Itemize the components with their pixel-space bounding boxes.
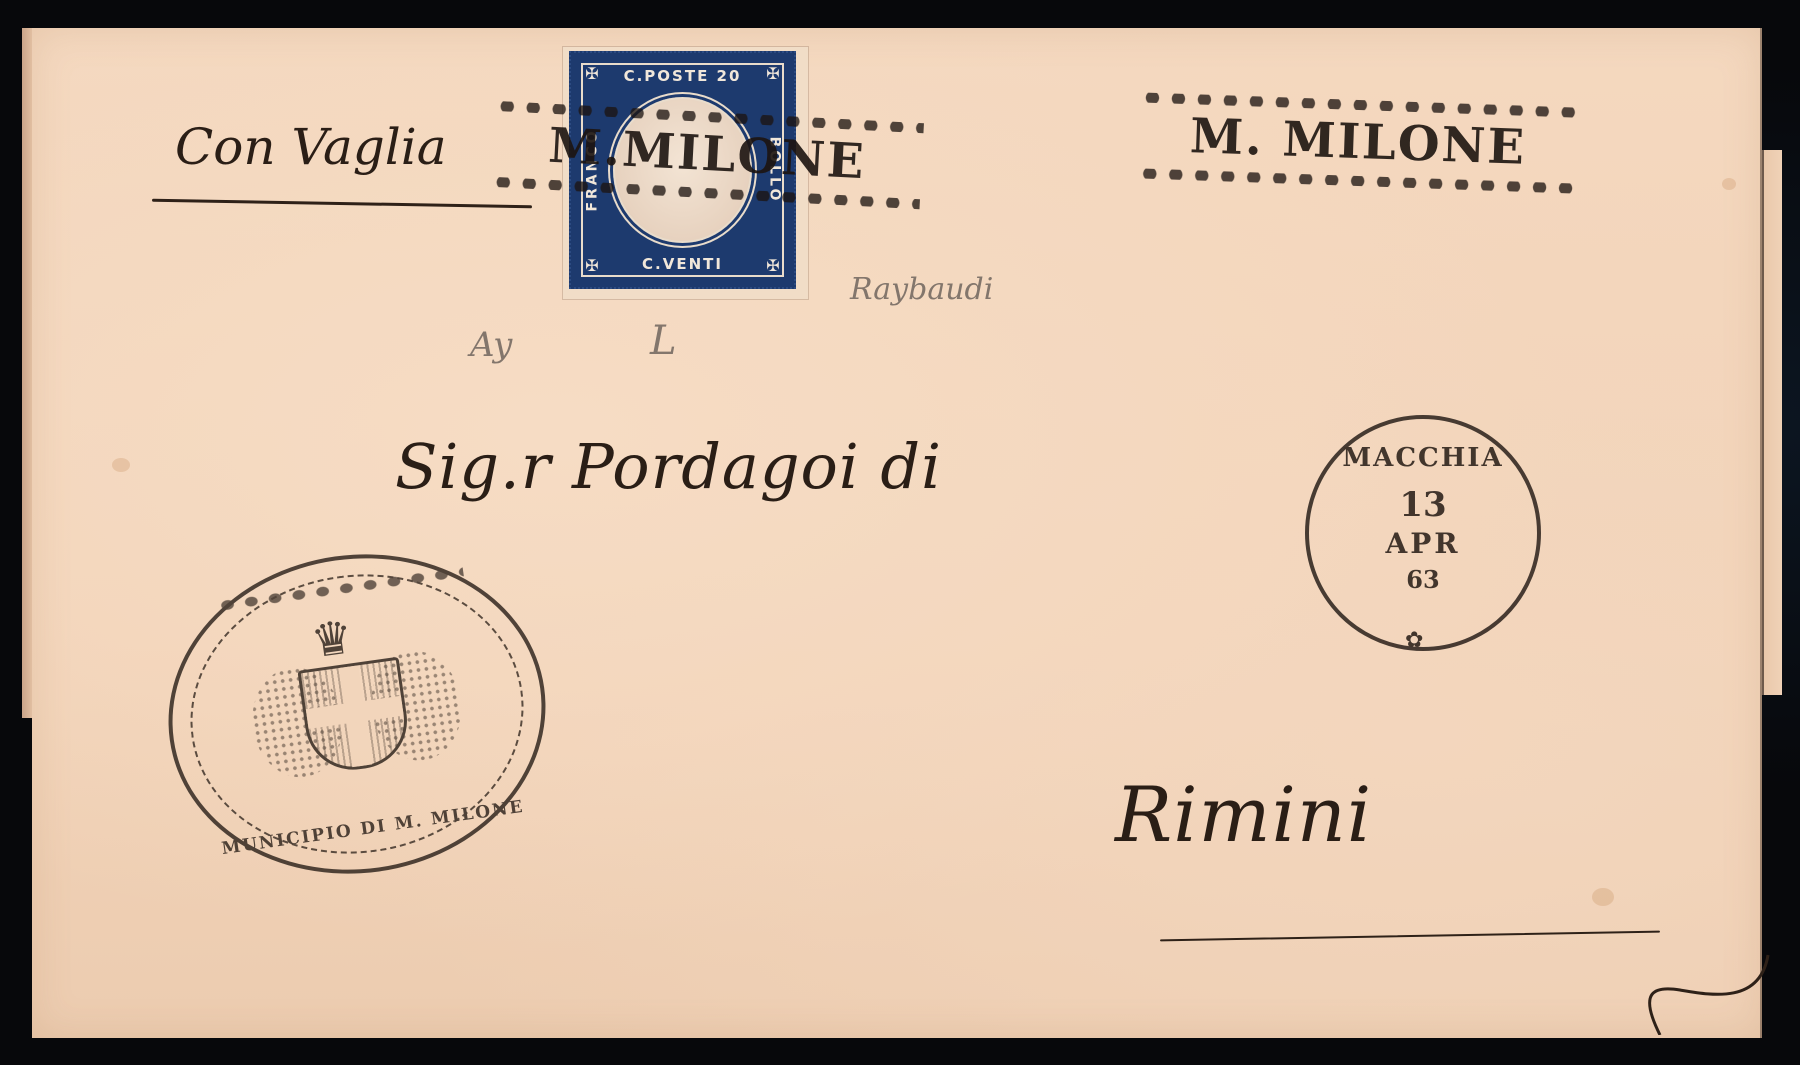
crown-icon: ♛ (308, 609, 356, 668)
corner-ornament-icon: ✠ (583, 65, 601, 83)
datestamp-year: 63 (1309, 565, 1537, 594)
corner-ornament-icon: ✠ (764, 257, 782, 275)
circular-datestamp: MACCHIA 13 APR 63 ✿ (1305, 415, 1541, 651)
corner-ornament-icon: ✠ (583, 257, 601, 275)
stamp-top-label: C.POSTE 20 (599, 67, 766, 85)
cover-right-flap (1762, 150, 1782, 695)
rosette-icon: ✿ (1405, 628, 1423, 653)
foxing-spot (1722, 178, 1736, 190)
foxing-spot (112, 458, 130, 472)
straight-line-cancel-right: M. MILONE (1137, 92, 1580, 193)
corner-ornament-icon: ✠ (764, 65, 782, 83)
datestamp-day: 13 (1309, 485, 1537, 525)
cancel-text: M. MILONE (1137, 106, 1579, 177)
pencil-expert-signature: Raybaudi (850, 272, 993, 307)
stamp-bottom-label: C.VENTI (599, 255, 766, 273)
manuscript-instruction: Con Vaglia (175, 118, 447, 176)
manuscript-destination: Rimini (1115, 770, 1372, 859)
manuscript-addressee: Sig.r Pordagoi di (395, 430, 942, 503)
datestamp-town: MACCHIA (1309, 443, 1537, 473)
pencil-expert-mark: L (650, 318, 677, 364)
foxing-spot (1592, 888, 1614, 906)
pencil-expert-mark: Ay (470, 325, 512, 365)
ink-flourish (1620, 945, 1770, 1035)
datestamp-month: APR (1309, 527, 1537, 560)
